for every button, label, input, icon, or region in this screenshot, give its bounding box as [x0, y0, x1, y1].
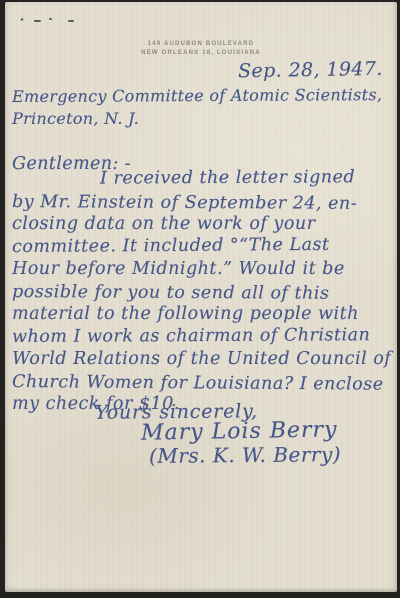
signature-name: Mary Lois Berry — [141, 417, 338, 445]
letterhead-city: NEW ORLEANS 18, LOUISIANA — [5, 49, 397, 58]
ink-dot — [49, 17, 53, 20]
body-line: I received the letter signed — [12, 166, 396, 191]
signature-married-name: (Mrs. K. W. Berry) — [149, 442, 341, 468]
body-line: possible for you to send all of this — [12, 281, 396, 306]
ink-dash — [34, 20, 41, 22]
date-line: Sep. 28, 1947. — [238, 58, 383, 83]
recipient-line-2: Princeton, N. J. — [12, 109, 139, 128]
ink-smudge-marks — [21, 15, 91, 25]
letter-photograph: 149 AUDUBON BOULEVARD NEW ORLEANS 18, LO… — [0, 0, 400, 598]
recipient-line-1: Emergency Committee of Atomic Scientists… — [12, 85, 382, 106]
body-line: Hour before Midnight.” Would it be — [12, 258, 396, 281]
body-line: material to the following people with — [12, 303, 396, 326]
ink-dash — [68, 20, 74, 22]
body-line: World Relations of the United Council of — [12, 348, 396, 371]
body-line: by Mr. Einstein of September 24, en- — [12, 191, 396, 216]
body-line: whom I work as chairman of Christian — [12, 323, 396, 348]
body-line: closing data on the work of your — [12, 213, 396, 236]
letterhead: 149 AUDUBON BOULEVARD NEW ORLEANS 18, LO… — [5, 40, 397, 58]
letterhead-street: 149 AUDUBON BOULEVARD — [5, 40, 397, 49]
body-line: committee. It included °“The Last — [12, 233, 396, 258]
letter-paper: 149 AUDUBON BOULEVARD NEW ORLEANS 18, LO… — [5, 2, 397, 592]
letter-body: I received the letter signed by Mr. Eins… — [12, 168, 396, 416]
body-line: Church Women for Louisiana? I enclose — [12, 371, 396, 396]
ink-dot — [20, 18, 23, 22]
